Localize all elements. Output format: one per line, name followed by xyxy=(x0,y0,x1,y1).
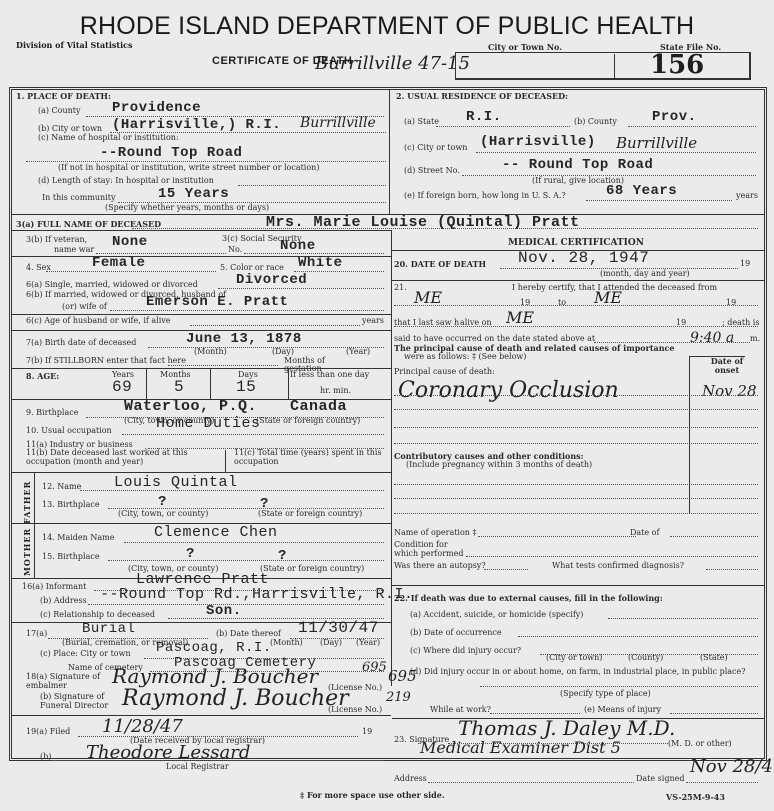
birthplace-country-value: Canada xyxy=(290,398,347,415)
to-year-prefix: 19 xyxy=(726,298,736,307)
place-type-note: (Specify type of place) xyxy=(560,689,651,698)
informant-address-value: --Round Top Rd.,Harrisville, R.I. xyxy=(100,586,414,603)
director-license-label: (License No.) xyxy=(328,705,382,714)
time-of-death-value: 9:40 a xyxy=(690,330,734,346)
physician-title: Medical Examiner Dist 5 xyxy=(420,738,621,757)
registrar-signature: Theodore Lessard xyxy=(86,742,250,763)
where-state-note: (State) xyxy=(700,653,728,662)
residence-county-value: Prov. xyxy=(652,109,697,125)
city-town-no-value: Burrillville 47-15 xyxy=(315,53,470,74)
county-label: (a) County xyxy=(38,106,81,115)
veteran-war-label: name war xyxy=(54,245,94,254)
mother-name-label: 14. Maiden Name xyxy=(42,533,114,542)
medical-certification-heading: MEDICAL CERTIFICATION xyxy=(508,238,644,248)
marital-label: 6(a) Single, married, widowed or divorce… xyxy=(26,280,198,289)
spouse-value: Emerson E. Pratt xyxy=(146,294,288,310)
autopsy-label: Was there an autopsy? xyxy=(394,561,486,570)
file-number-box xyxy=(455,52,751,80)
contributory-note: (Include pregnancy within 3 months of de… xyxy=(406,460,592,469)
street-label: (d) Street No. xyxy=(404,166,460,175)
father-name-label: 12. Name xyxy=(42,482,81,491)
community-label: In this community xyxy=(42,193,116,202)
md-label: (M. D. or other) xyxy=(668,739,732,748)
deceased-name-value: Mrs. Marie Louise (Quintal) Pratt xyxy=(266,214,580,231)
embalmer-signature: Raymond J. Boucher xyxy=(112,664,318,688)
principal-cause-label: Principal cause of death: xyxy=(394,367,495,376)
burial-month-note: (Month) xyxy=(270,638,303,647)
burial-date-value: 11/30/47 xyxy=(298,619,379,637)
sex-value: Female xyxy=(92,255,145,271)
burial-day-note: (Day) xyxy=(320,638,342,647)
residence-city-label: (c) City or town xyxy=(404,143,467,152)
where-county-note: (County) xyxy=(628,653,663,662)
burial-label: 17(a) xyxy=(26,629,47,638)
residence-county-label: (b) County xyxy=(574,117,617,126)
informant-label: 16(a) Informant xyxy=(22,582,86,591)
age-label: 8. AGE: xyxy=(26,371,59,381)
race-value: White xyxy=(298,255,343,271)
spouse-age-unit: years xyxy=(362,316,384,325)
tests-label: What tests confirmed diagnosis? xyxy=(552,561,684,570)
age-years-value: 69 xyxy=(112,378,132,396)
veteran-value: None xyxy=(112,234,148,250)
father-birthplace-label: 13. Birthplace xyxy=(42,500,100,509)
physician-signature: Thomas J. Daley M.D. xyxy=(458,716,675,740)
where-label: (c) Where did injury occur? xyxy=(410,646,521,655)
city-town-no-label: City or Town No. xyxy=(488,42,562,52)
hospital-note: (If not in hospital or institution, writ… xyxy=(58,163,319,172)
date-of-onset-label: Date of onset xyxy=(702,357,752,375)
occupation-label: 10. Usual occupation xyxy=(26,426,112,435)
foreign-unit: years xyxy=(736,191,758,200)
marital-value: Divorced xyxy=(236,272,307,288)
filed-year-prefix: 19 xyxy=(362,727,372,736)
principal-cause-value: Coronary Occlusion xyxy=(398,378,619,403)
hospital-value: --Round Top Road xyxy=(100,145,242,161)
birth-day-note: (Day) xyxy=(272,347,294,356)
form-number: VS-25M-9-43 xyxy=(666,792,725,802)
state-file-no-value: 156 xyxy=(650,50,704,80)
death-date-note: (month, day and year) xyxy=(600,269,690,278)
residence-city-handwritten: Burrillville xyxy=(616,134,697,152)
mother-country-note: (State or foreign country) xyxy=(260,564,364,573)
residence-street-value: -- Round Top Road xyxy=(502,157,653,173)
mother-birthplace-country: ? xyxy=(278,548,287,564)
relationship-value: Son. xyxy=(206,603,242,619)
registrar-title: Local Registrar xyxy=(166,762,229,771)
age-months-value: 5 xyxy=(174,378,184,396)
death-city-value: (Harrisville,) R.I. xyxy=(112,117,281,133)
embalmer-label: 18(a) Signature of embalmer xyxy=(26,672,116,690)
condition-label: Condition for which performed xyxy=(394,540,474,558)
residence-state-value: R.I. xyxy=(466,109,502,125)
where-city-note: (City or town) xyxy=(546,653,602,662)
burial-year-note: (Year) xyxy=(356,638,380,647)
stillborn-label: 7(b) If STILLBORN enter that fact here xyxy=(26,356,186,365)
place-of-death-heading: 1. PLACE OF DEATH: xyxy=(16,91,111,101)
birth-year-note: (Year) xyxy=(346,347,370,356)
foreign-label: (e) If foreign born, how long in U. S. A… xyxy=(404,191,566,200)
footer-note: ‡ For more space use other side. xyxy=(300,790,445,800)
embalmer-license: 695 xyxy=(362,660,387,675)
spouse-age-label: 6(c) Age of husband or wife, if alive xyxy=(26,316,171,325)
occurrence-date-label: (b) Date of occurrence xyxy=(410,628,502,637)
birthplace-country-note: (State or foreign country) xyxy=(256,416,360,425)
death-year-prefix: 19 xyxy=(740,259,750,268)
mother-side-label: MOTHER xyxy=(22,526,32,576)
burial-place-label: (c) Place: City or town xyxy=(40,649,131,658)
death-city-handwritten: Burrillville xyxy=(300,115,376,131)
hospital-label: (c) Name of hospital or institution: xyxy=(38,133,179,142)
community-note: (Specify whether years, months or days) xyxy=(105,203,269,212)
principal-note: were as follows: ‡ (See below) xyxy=(404,352,526,361)
attended-to-value: ME xyxy=(594,288,622,307)
residence-heading: 2. USUAL RESIDENCE OF DECEASED: xyxy=(396,91,568,101)
accident-label: (a) Accident, suicide, or homicide (spec… xyxy=(410,610,583,619)
burial-date-label: (b) Date thereof xyxy=(216,629,281,638)
occupation-value: Home Duties xyxy=(156,415,261,432)
to-label: to xyxy=(558,298,566,307)
funeral-director-signature: Raymond J. Boucher xyxy=(122,686,349,711)
while-at-work-label: While at work? xyxy=(430,705,491,714)
stay-label: (d) Length of stay: In hospital or insti… xyxy=(38,176,214,185)
burial-method-value: Burial xyxy=(82,621,135,637)
total-time-label: 11(c) Total time (years) spent in this o… xyxy=(234,448,384,466)
filed-label: 19(a) Filed xyxy=(26,727,70,736)
from-year-prefix: 19 xyxy=(520,298,530,307)
community-value: 15 Years xyxy=(158,186,229,202)
foreign-value: 68 Years xyxy=(606,183,677,199)
operation-label: Name of operation ‡ xyxy=(394,528,477,537)
death-is-label: ; death is xyxy=(722,318,759,327)
residence-city-value: (Harrisville) xyxy=(480,134,596,150)
division-label: Division of Vital Statistics xyxy=(16,40,133,50)
birthplace-label: 9. Birthplace xyxy=(26,408,78,417)
ss-no-label: No. xyxy=(228,245,242,254)
state-label: (a) State xyxy=(404,117,439,126)
registrar-label: (b) xyxy=(40,752,51,761)
wife-of-label: (or) wife of xyxy=(62,302,107,311)
birth-date-value: June 13, 1878 xyxy=(186,331,302,347)
age-days-value: 15 xyxy=(236,378,256,396)
funeral-director-license: 219 xyxy=(386,690,411,705)
father-city-note: (City, town, or county) xyxy=(118,509,208,518)
margin-license-handwritten: 695 xyxy=(388,667,417,685)
father-birthplace-city: ? xyxy=(158,494,167,510)
father-side-label: FATHER xyxy=(22,476,32,524)
last-worked-label: 11(b) Date deceased last worked at this … xyxy=(26,448,226,466)
date-signed-label: Date signed xyxy=(636,774,684,783)
occurred-text: said to have occurred on the date stated… xyxy=(394,334,595,343)
onset-date-value: Nov 28 xyxy=(702,382,757,400)
relationship-label: (c) Relationship to deceased xyxy=(40,610,155,619)
less-than-day-label: If less than one day xyxy=(290,370,369,379)
birthplace-city-value: Waterloo, P.Q. xyxy=(124,398,257,415)
date-signed-value: Nov 28/47 xyxy=(690,756,774,777)
birth-date-label: 7(a) Birth date of deceased xyxy=(26,338,136,347)
birth-month-note: (Month) xyxy=(194,347,227,356)
mother-name-value: Clemence Chen xyxy=(154,524,278,541)
filed-date-value: 11/28/47 xyxy=(102,716,183,737)
father-name-value: Louis Quintal xyxy=(114,474,238,491)
funeral-director-label: (b) Signature of Funeral Director xyxy=(40,692,120,710)
death-date-label: 20. DATE OF DEATH xyxy=(394,259,486,269)
alive-year-prefix: 19 xyxy=(676,318,686,327)
document-title: RHODE ISLAND DEPARTMENT OF PUBLIC HEALTH xyxy=(0,12,774,41)
death-county-value: Providence xyxy=(112,100,201,116)
death-date-value: Nov. 28, 1947 xyxy=(518,249,649,267)
social-security-value: None xyxy=(280,238,316,254)
mother-birthplace-city: ? xyxy=(186,546,195,562)
burial-place-value: Pascoag, R.I. xyxy=(156,640,272,656)
external-causes-heading: 22. If death was due to external causes,… xyxy=(394,593,663,603)
city-label: (b) City or town xyxy=(38,124,102,133)
informant-address-label: (b) Address xyxy=(40,596,87,605)
veteran-label: 3(b) If veteran, xyxy=(26,235,87,244)
m-suffix: m. xyxy=(750,334,760,343)
race-label: 5. Color or race xyxy=(220,263,284,272)
operation-date-label: Date of xyxy=(630,528,659,537)
home-injury-label: (d) Did injury occur in or about home, o… xyxy=(410,664,758,679)
address-label: Address xyxy=(394,774,427,783)
hr-min-label: hr. min. xyxy=(320,386,351,395)
means-of-injury-label: (e) Means of injury xyxy=(584,705,661,714)
alive-on-value: ME xyxy=(506,308,534,327)
certify-number: 21. xyxy=(394,283,407,292)
father-country-note: (State or foreign country) xyxy=(258,509,362,518)
mother-birthplace-label: 15. Birthplace xyxy=(42,552,100,561)
